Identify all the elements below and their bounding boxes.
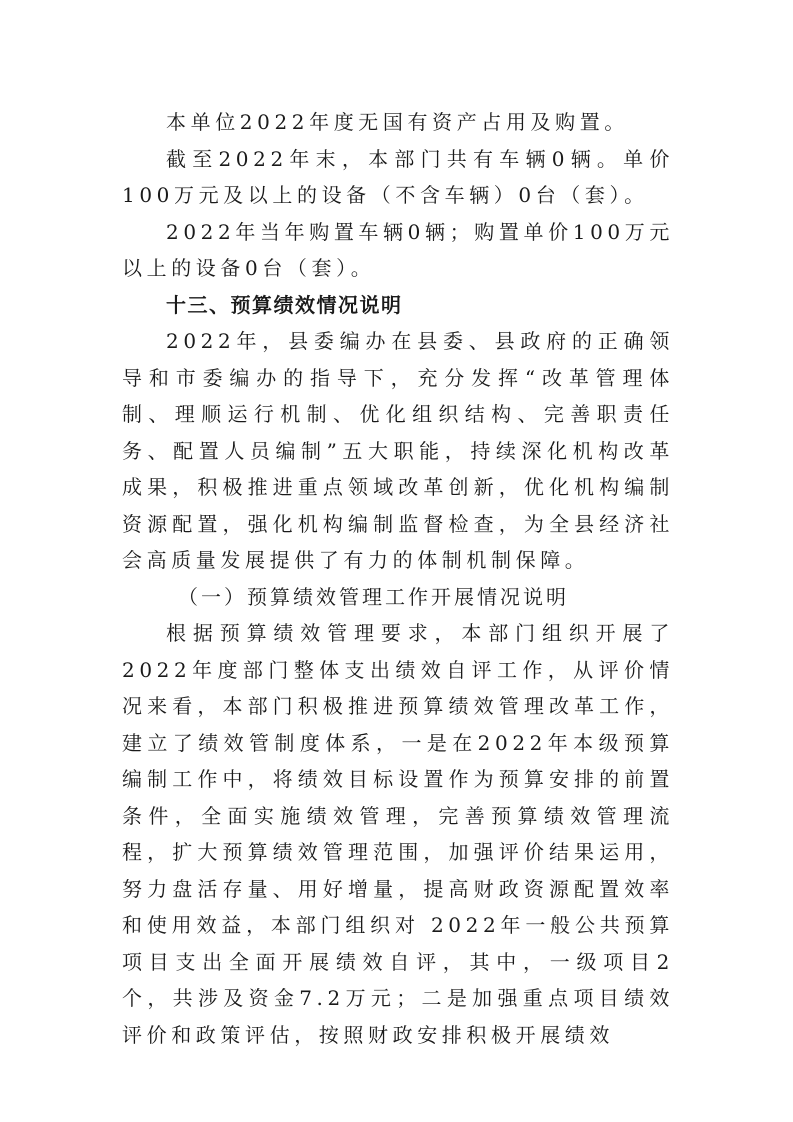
- paragraph-performance: 根据预算绩效管理要求，本部门组织开展了2022年度部门整体支出绩效自评工作，从评…: [122, 615, 674, 1053]
- paragraph-purchases: 2022年当年购置车辆0辆；购置单价100万元以上的设备0台（套）。: [122, 214, 674, 287]
- paragraph-overview: 2022年，县委编办在县委、县政府的正确领导和市委编办的指导下，充分发挥“改革管…: [122, 323, 674, 579]
- paragraph-assets: 本单位2022年度无国有资产占用及购置。: [122, 104, 674, 141]
- paragraph-vehicles: 截至2022年末，本部门共有车辆0辆。单价100万元及以上的设备（不含车辆）0台…: [122, 141, 674, 214]
- section-heading: 十三、预算绩效情况说明: [122, 287, 674, 324]
- subsection-heading: （一）预算绩效管理工作开展情况说明: [122, 579, 674, 616]
- document-page: 本单位2022年度无国有资产占用及购置。 截至2022年末，本部门共有车辆0辆。…: [122, 104, 674, 1053]
